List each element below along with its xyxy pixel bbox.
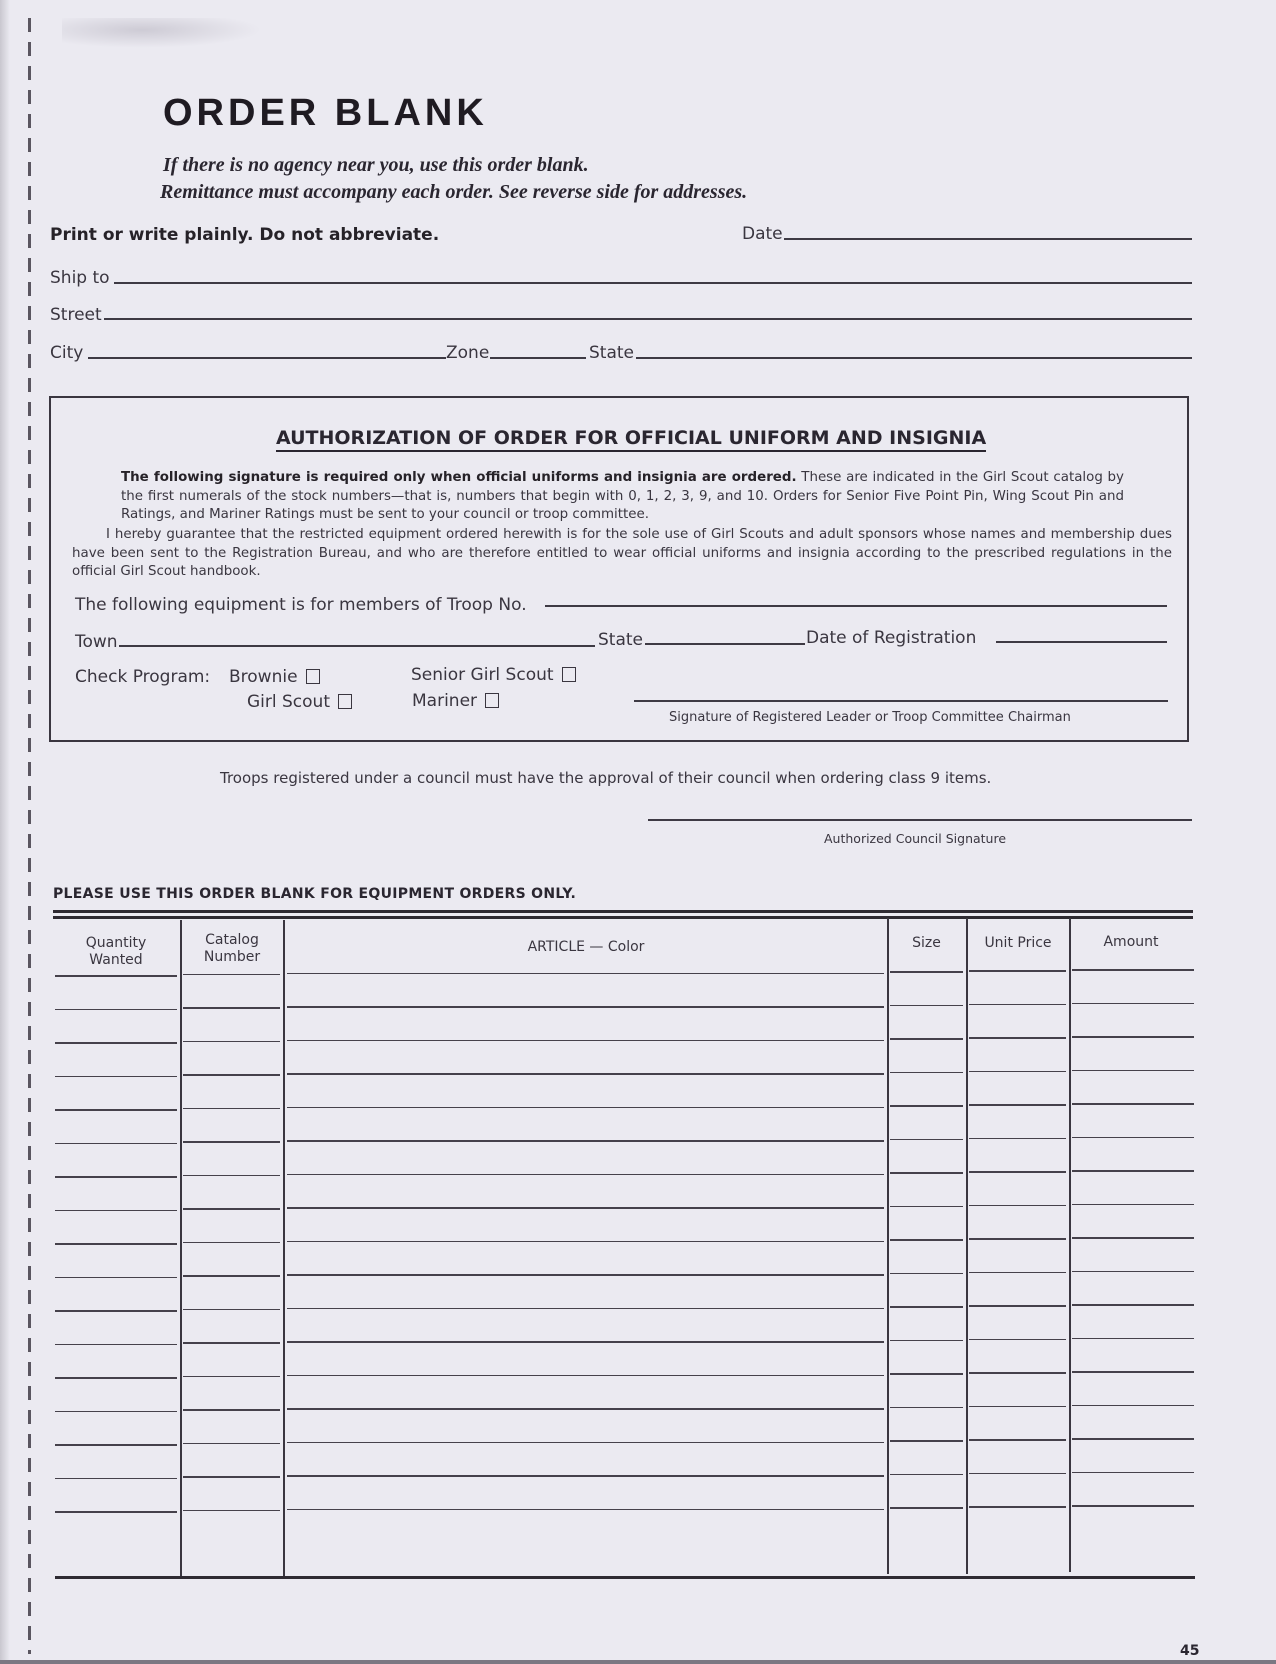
table-row-line[interactable] bbox=[890, 1440, 963, 1442]
table-row-line[interactable] bbox=[1072, 1405, 1194, 1407]
table-row-line[interactable] bbox=[55, 1478, 177, 1480]
table-row-line[interactable] bbox=[890, 1407, 963, 1409]
table-row-line[interactable] bbox=[969, 1339, 1066, 1341]
table-row-line[interactable] bbox=[969, 1506, 1066, 1508]
table-row-line[interactable] bbox=[1072, 1170, 1194, 1172]
authorization-title: AUTHORIZATION OF ORDER FOR OFFICIAL UNIF… bbox=[276, 427, 986, 452]
table-row-line[interactable] bbox=[287, 1241, 884, 1243]
table-row-line[interactable] bbox=[287, 1475, 884, 1477]
town-label: Town bbox=[75, 632, 118, 652]
girl-scout-checkbox[interactable] bbox=[338, 694, 352, 709]
column-header-quantity-line2: Wanted bbox=[60, 952, 172, 969]
table-row-line[interactable] bbox=[969, 1406, 1066, 1408]
table-row-line[interactable] bbox=[890, 1306, 963, 1308]
program-label-mariner: Mariner bbox=[412, 691, 477, 711]
page-bottom-edge bbox=[0, 1660, 1276, 1664]
table-row-line[interactable] bbox=[969, 1372, 1066, 1374]
column-header-catalog-line2: Number bbox=[184, 949, 280, 966]
program-label-senior-girl-scout: Senior Girl Scout bbox=[411, 665, 554, 685]
table-row-line[interactable] bbox=[1072, 1505, 1194, 1507]
column-header-quantity-line1: Quantity bbox=[60, 935, 172, 952]
table-row-line[interactable] bbox=[969, 1004, 1066, 1006]
table-row-line[interactable] bbox=[890, 1474, 963, 1476]
column-divider-4 bbox=[966, 918, 968, 1574]
program-option-mariner[interactable]: Mariner bbox=[412, 691, 499, 711]
table-row-line[interactable] bbox=[890, 1105, 963, 1107]
table-row-line[interactable] bbox=[1072, 1003, 1194, 1005]
table-row-line[interactable] bbox=[287, 1174, 884, 1176]
table-row-line[interactable] bbox=[890, 1340, 963, 1342]
ship-to-label: Ship to bbox=[50, 268, 110, 288]
table-row-line[interactable] bbox=[55, 1076, 177, 1078]
table-row-line[interactable] bbox=[890, 1239, 963, 1241]
table-row-line[interactable] bbox=[287, 973, 884, 975]
troop-number-field[interactable] bbox=[545, 605, 1167, 607]
column-header-article: ARTICLE — Color bbox=[287, 939, 885, 956]
table-row-line[interactable] bbox=[969, 1138, 1066, 1140]
table-row-line[interactable] bbox=[287, 1040, 884, 1042]
program-option-brownie[interactable]: Brownie bbox=[229, 667, 320, 687]
table-row-line[interactable] bbox=[287, 1375, 884, 1377]
table-row-line[interactable] bbox=[183, 1208, 280, 1210]
table-row-line[interactable] bbox=[55, 1310, 177, 1312]
table-row-line[interactable] bbox=[969, 1238, 1066, 1240]
column-divider-2 bbox=[283, 920, 285, 1576]
table-row-line[interactable] bbox=[183, 1309, 280, 1311]
date-field[interactable] bbox=[784, 238, 1192, 240]
table-row-line[interactable] bbox=[969, 1071, 1066, 1073]
column-header-catalog: Catalog Number bbox=[184, 932, 280, 966]
leader-signature-field[interactable] bbox=[634, 700, 1168, 702]
table-row-line[interactable] bbox=[55, 1210, 177, 1212]
table-row-line[interactable] bbox=[890, 1507, 963, 1509]
table-row-line[interactable] bbox=[890, 1005, 963, 1007]
table-row-line[interactable] bbox=[969, 1104, 1066, 1106]
table-row-line[interactable] bbox=[969, 1272, 1066, 1274]
leader-signature-caption: Signature of Registered Leader or Troop … bbox=[669, 710, 1071, 725]
table-row-line[interactable] bbox=[287, 1408, 884, 1410]
table-row-line[interactable] bbox=[890, 1172, 963, 1174]
table-row-line[interactable] bbox=[55, 1377, 177, 1379]
table-row-line[interactable] bbox=[183, 1510, 280, 1512]
column-divider-5 bbox=[1069, 918, 1071, 1572]
equipment-only-notice: PLEASE USE THIS ORDER BLANK FOR EQUIPMEN… bbox=[53, 886, 576, 902]
zone-label: Zone bbox=[446, 343, 489, 363]
state-label: State bbox=[589, 343, 634, 363]
program-option-senior-girl-scout[interactable]: Senior Girl Scout bbox=[411, 665, 576, 685]
troop-label: The following equipment is for members o… bbox=[75, 595, 527, 615]
program-label-girl-scout: Girl Scout bbox=[247, 692, 330, 712]
print-instruction: Print or write plainly. Do not abbreviat… bbox=[50, 225, 439, 245]
table-row-line[interactable] bbox=[183, 1242, 280, 1244]
table-row-line[interactable] bbox=[1072, 1070, 1194, 1072]
table-row-line[interactable] bbox=[55, 1444, 177, 1446]
table-row-line[interactable] bbox=[1072, 1438, 1194, 1440]
table-row-line[interactable] bbox=[969, 1171, 1066, 1173]
table-row-line[interactable] bbox=[287, 1006, 884, 1008]
table-row-line[interactable] bbox=[969, 970, 1066, 972]
table-row-line[interactable] bbox=[55, 1042, 177, 1044]
senior-girl-scout-checkbox[interactable] bbox=[562, 667, 576, 682]
table-row-line[interactable] bbox=[1072, 1137, 1194, 1139]
column-header-catalog-line1: Catalog bbox=[184, 932, 280, 949]
table-row-line[interactable] bbox=[969, 1439, 1066, 1441]
page-edge-shadow bbox=[0, 0, 10, 1664]
column-divider-3 bbox=[887, 918, 889, 1574]
table-row-line[interactable] bbox=[183, 974, 280, 976]
table-row-line[interactable] bbox=[287, 1308, 884, 1310]
page-number: 45 bbox=[1180, 1643, 1199, 1659]
table-row-line[interactable] bbox=[183, 1108, 280, 1110]
table-row-line[interactable] bbox=[183, 1342, 280, 1344]
auth-state-label: State bbox=[598, 630, 643, 650]
date-of-registration-label: Date of Registration bbox=[806, 628, 976, 648]
table-row-line[interactable] bbox=[1072, 1338, 1194, 1340]
program-option-girl-scout[interactable]: Girl Scout bbox=[247, 692, 352, 712]
table-row-line[interactable] bbox=[1072, 1371, 1194, 1373]
table-row-line[interactable] bbox=[287, 1073, 884, 1075]
council-signature-caption: Authorized Council Signature bbox=[824, 831, 1006, 846]
date-of-registration-field[interactable] bbox=[996, 641, 1167, 643]
table-row-line[interactable] bbox=[890, 1206, 963, 1208]
table-bottom-rule bbox=[55, 1576, 1195, 1579]
authorization-paragraph-2: I hereby guarantee that the restricted e… bbox=[72, 526, 1172, 582]
table-row-line[interactable] bbox=[890, 1072, 963, 1074]
table-row-line[interactable] bbox=[55, 1109, 177, 1111]
table-row-line[interactable] bbox=[1072, 1036, 1194, 1038]
check-program-label: Check Program: bbox=[75, 667, 210, 687]
table-row-line[interactable] bbox=[55, 1277, 177, 1279]
table-row-line[interactable] bbox=[890, 1038, 963, 1040]
city-label: City bbox=[50, 343, 83, 363]
column-header-quantity: Quantity Wanted bbox=[60, 935, 172, 969]
subtitle-line-2: Remittance must accompany each order. Se… bbox=[160, 181, 747, 204]
table-row-line[interactable] bbox=[183, 1409, 280, 1411]
table-row-line[interactable] bbox=[287, 1341, 884, 1343]
table-row-line[interactable] bbox=[969, 1205, 1066, 1207]
table-row-line[interactable] bbox=[969, 1305, 1066, 1307]
authorization-paragraph-1: The following signature is required only… bbox=[121, 469, 1124, 525]
table-row-line[interactable] bbox=[287, 1107, 884, 1109]
table-row-line[interactable] bbox=[55, 1009, 177, 1011]
table-row-line[interactable] bbox=[1072, 1304, 1194, 1306]
city-field[interactable] bbox=[88, 357, 446, 359]
page-title: ORDER BLANK bbox=[163, 92, 488, 135]
table-row-line[interactable] bbox=[55, 1344, 177, 1346]
perforation-line bbox=[28, 18, 31, 1654]
table-row-line[interactable] bbox=[183, 1275, 280, 1277]
paper-smudge bbox=[62, 18, 262, 48]
table-row-line[interactable] bbox=[183, 1175, 280, 1177]
table-row-line[interactable] bbox=[969, 1473, 1066, 1475]
table-row-line[interactable] bbox=[183, 1141, 280, 1143]
table-row-line[interactable] bbox=[55, 1411, 177, 1413]
council-note: Troops registered under a council must h… bbox=[220, 769, 991, 787]
table-row-line[interactable] bbox=[890, 1139, 963, 1141]
table-row-line[interactable] bbox=[183, 1007, 280, 1009]
table-row-line[interactable] bbox=[183, 1443, 280, 1445]
council-signature-field[interactable] bbox=[648, 819, 1192, 821]
date-label: Date bbox=[742, 224, 783, 244]
table-row-line[interactable] bbox=[183, 1074, 280, 1076]
table-row-line[interactable] bbox=[55, 1243, 177, 1245]
table-row-line[interactable] bbox=[287, 1207, 884, 1209]
table-row-line[interactable] bbox=[287, 1274, 884, 1276]
table-row-line[interactable] bbox=[183, 1376, 280, 1378]
column-header-amount: Amount bbox=[1071, 934, 1191, 951]
authorization-paragraph-1-bold: The following signature is required only… bbox=[121, 470, 797, 485]
table-top-rule-2 bbox=[53, 916, 1193, 919]
table-row-line[interactable] bbox=[1072, 969, 1194, 971]
column-divider-1 bbox=[180, 920, 182, 1576]
table-row-line[interactable] bbox=[287, 1509, 884, 1511]
table-row-line[interactable] bbox=[287, 1140, 884, 1142]
table-row-line[interactable] bbox=[890, 971, 963, 973]
table-row-line[interactable] bbox=[890, 1373, 963, 1375]
table-row-line[interactable] bbox=[1072, 1103, 1194, 1105]
table-row-line[interactable] bbox=[1072, 1204, 1194, 1206]
state-field[interactable] bbox=[636, 357, 1192, 359]
table-top-rule-1 bbox=[53, 910, 1193, 913]
street-label: Street bbox=[50, 305, 102, 325]
table-row-line[interactable] bbox=[287, 1442, 884, 1444]
table-row-line[interactable] bbox=[55, 1143, 177, 1145]
program-label-brownie: Brownie bbox=[229, 667, 298, 687]
table-row-line[interactable] bbox=[55, 1176, 177, 1178]
table-row-line[interactable] bbox=[55, 1511, 177, 1513]
table-row-line[interactable] bbox=[890, 1273, 963, 1275]
brownie-checkbox[interactable] bbox=[306, 669, 320, 684]
table-row-line[interactable] bbox=[183, 1041, 280, 1043]
ship-to-field[interactable] bbox=[114, 282, 1192, 284]
subtitle-line-1: If there is no agency near you, use this… bbox=[163, 154, 589, 177]
table-row-line[interactable] bbox=[969, 1037, 1066, 1039]
auth-state-field[interactable] bbox=[645, 643, 805, 645]
column-header-size: Size bbox=[889, 935, 964, 952]
table-row-line[interactable] bbox=[1072, 1472, 1194, 1474]
mariner-checkbox[interactable] bbox=[485, 693, 499, 708]
table-row-line[interactable] bbox=[1072, 1271, 1194, 1273]
table-row-line[interactable] bbox=[1072, 1237, 1194, 1239]
column-header-unit-price: Unit Price bbox=[968, 935, 1068, 952]
town-field[interactable] bbox=[119, 645, 595, 647]
zone-field[interactable] bbox=[490, 357, 586, 359]
street-field[interactable] bbox=[104, 318, 1192, 320]
table-row-line[interactable] bbox=[55, 975, 177, 977]
table-row-line[interactable] bbox=[183, 1476, 280, 1478]
